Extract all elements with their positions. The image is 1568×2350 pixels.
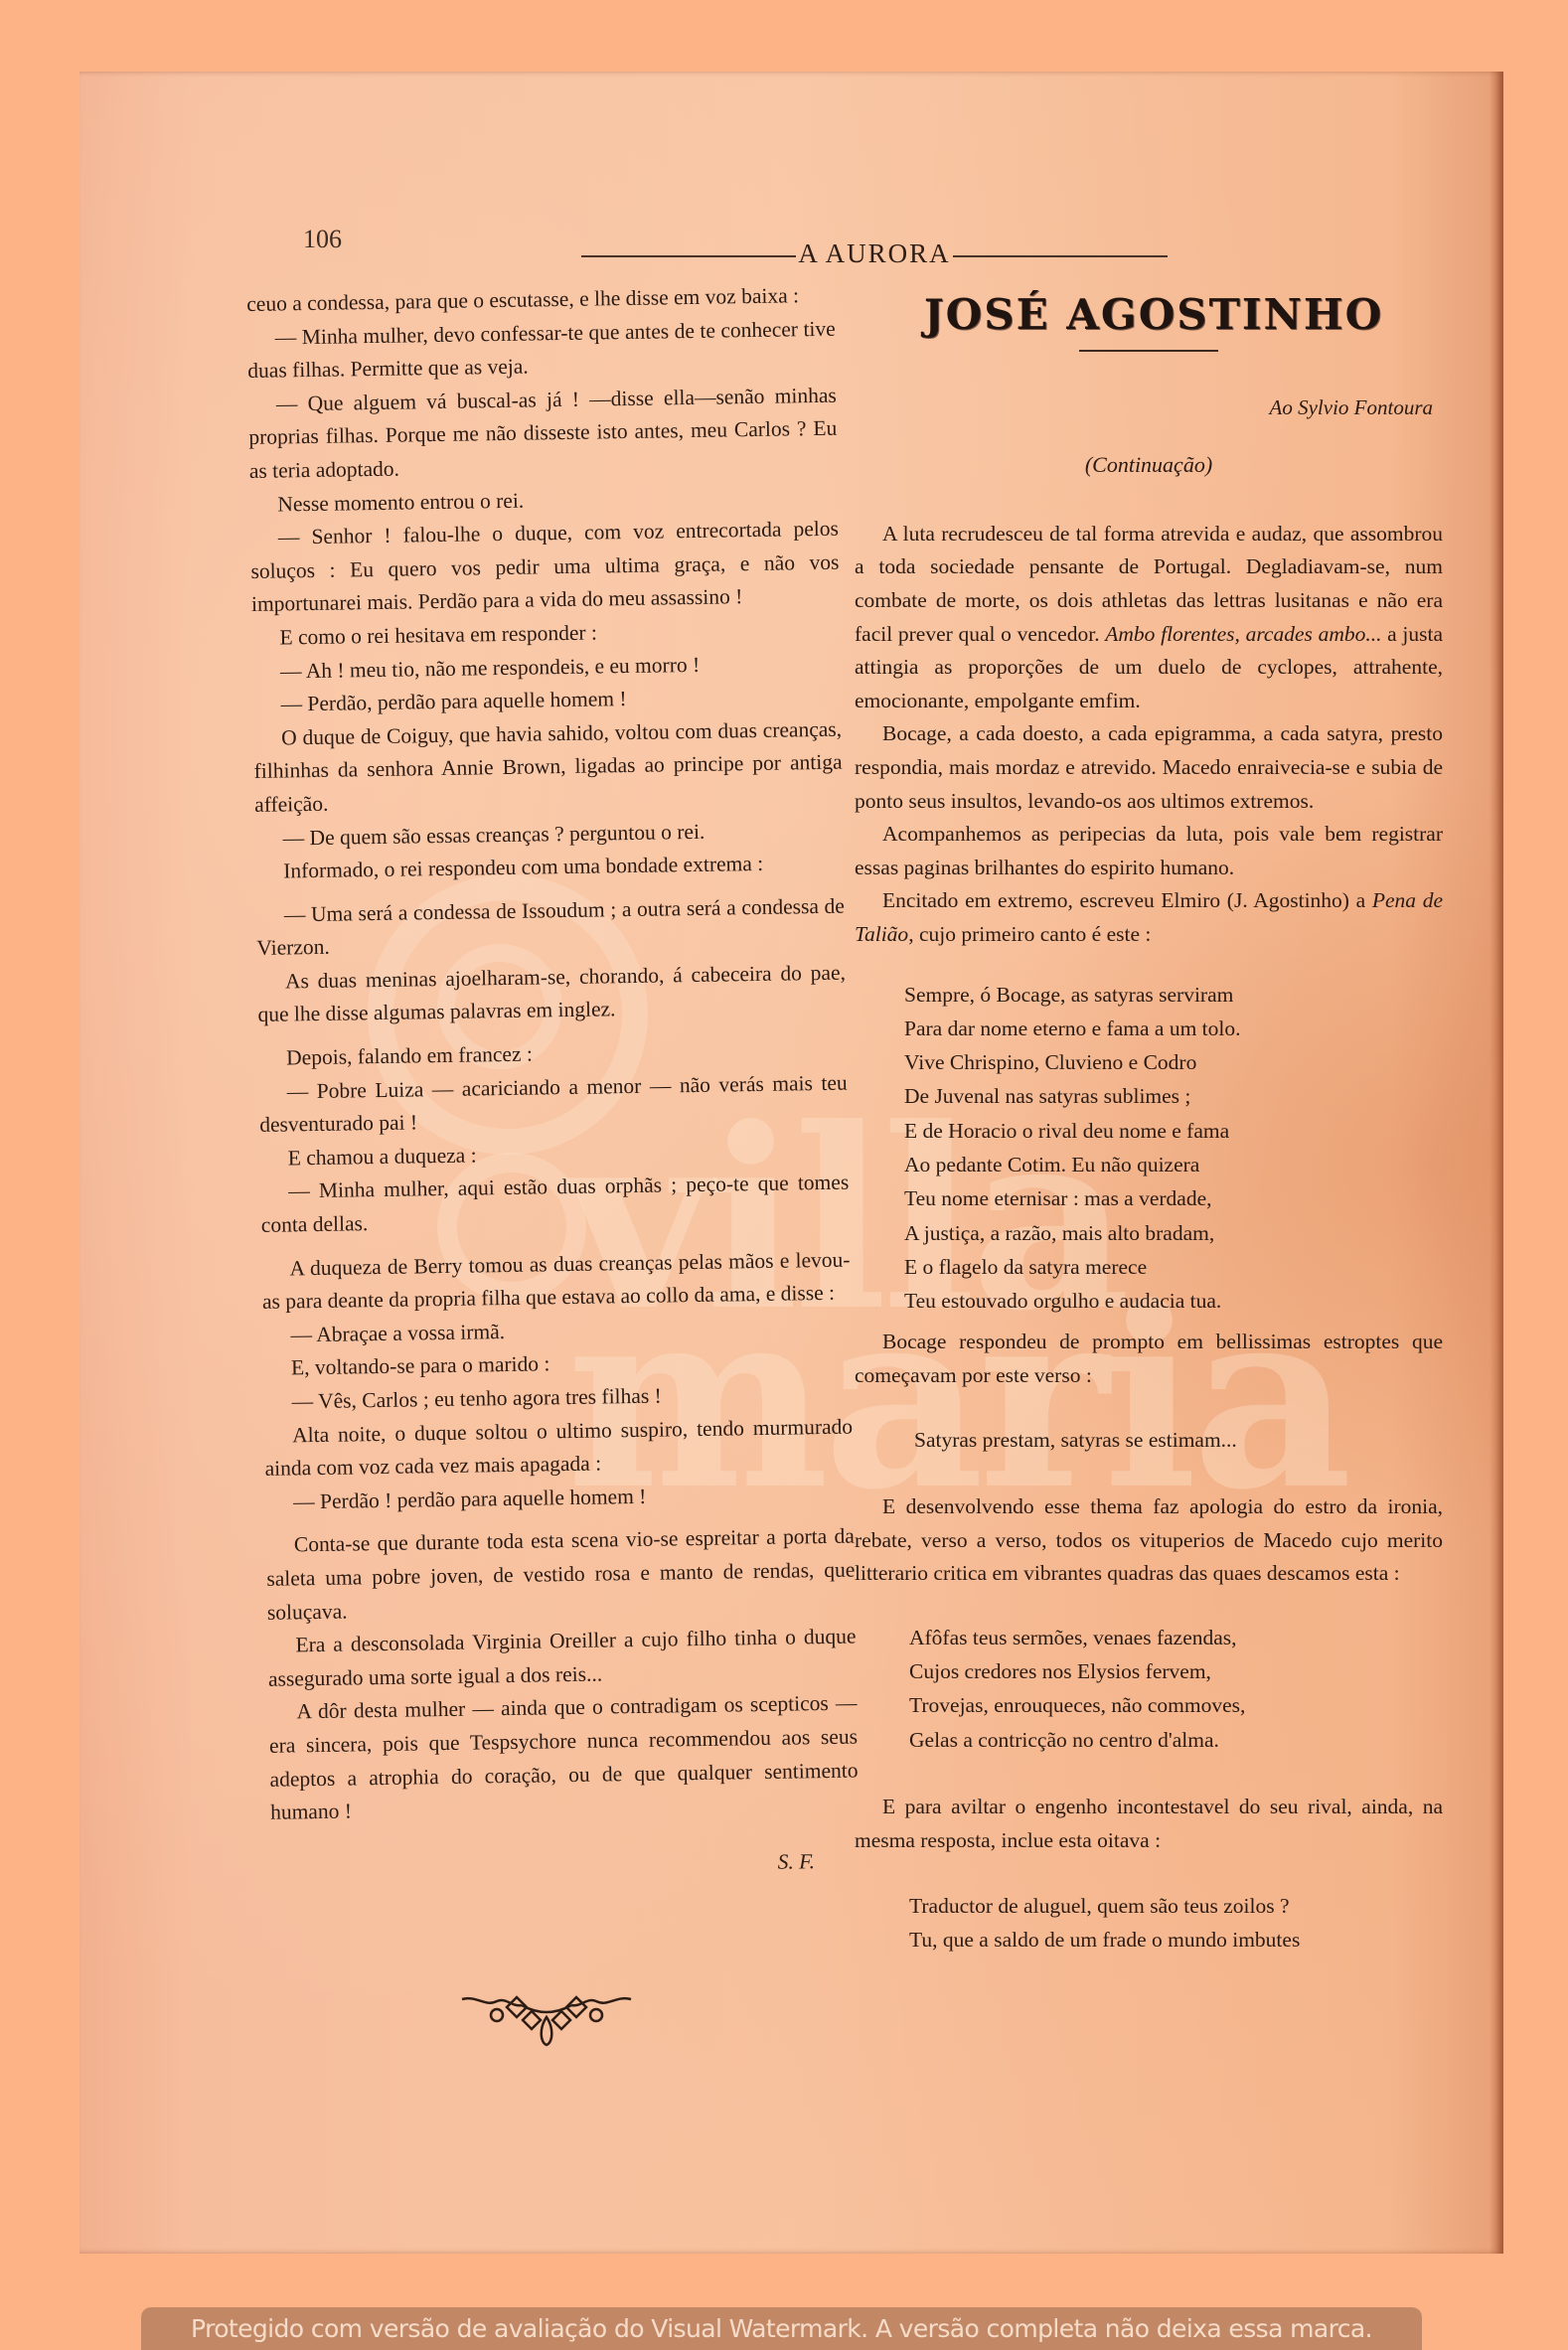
- dedication: Ao Sylvio Fontoura: [855, 392, 1443, 425]
- text-run: , cujo primeiro canto é este :: [908, 922, 1151, 946]
- paragraph: A duqueza de Berry tomou as duas creança…: [261, 1243, 851, 1319]
- paragraph: Era a desconsolada Virginia Oreiller a c…: [267, 1621, 857, 1696]
- poem-line: De Juvenal nas satyras sublimes ;: [904, 1079, 1443, 1113]
- poem-line: Sempre, ó Bocage, as satyras serviram: [904, 978, 1443, 1012]
- poem-line: E o flagelo da satyra merece: [904, 1250, 1443, 1284]
- text-run: Acompanhemos as peripecias da luta, pois…: [855, 822, 1443, 879]
- paragraph: A dôr desta mulher — ainda que o contrad…: [268, 1687, 859, 1830]
- paragraph: Conta-se que durante toda esta scena vio…: [266, 1520, 857, 1630]
- poem-quadra: Afôfas teus sermões, venaes fazendas,Cuj…: [855, 1621, 1443, 1757]
- paragraph: — Pobre Luiza — acariciando a menor — nã…: [258, 1066, 848, 1142]
- watermark-banner: Protegido com versão de avaliação do Vis…: [141, 2307, 1422, 2350]
- paragraph: As duas meninas ajoelharam-se, chorando,…: [257, 956, 847, 1031]
- paragraph: Encitado em extremo, escreveu Elmiro (J.…: [855, 884, 1443, 951]
- poem-line: E de Horacio o rival deu nome e fama: [904, 1114, 1443, 1148]
- header-rule-left: [581, 255, 796, 257]
- poem-line: Trovejas, enrouqueces, não commoves,: [909, 1688, 1443, 1722]
- italic-text: Ambo florentes, arcades ambo...: [1105, 622, 1381, 646]
- running-head: A AURORA: [581, 236, 1168, 270]
- paragraph: Alta noite, o duque soltou o ultimo susp…: [264, 1410, 854, 1486]
- paragraph: Bocage, a cada doesto, a cada epigramma,…: [855, 717, 1443, 818]
- poem-line: Teu nome eternisar : mas a verdade,: [904, 1181, 1443, 1215]
- paragraph: O duque de Coiguy, que havia sahido, vol…: [253, 712, 844, 822]
- poem-line: A justiça, a razão, mais alto bradam,: [904, 1216, 1443, 1250]
- text-run: Encitado em extremo, escreveu Elmiro (J.…: [882, 888, 1372, 912]
- poem-pena-de-taliao: Sempre, ó Bocage, as satyras serviramPar…: [855, 978, 1443, 1319]
- paragraph: E desenvolvendo esse thema faz apologia …: [855, 1490, 1443, 1591]
- ornament-tailpiece-icon: [457, 1977, 636, 2047]
- publication-title: A AURORA: [796, 238, 952, 269]
- continuation-label: (Continuação): [855, 448, 1443, 482]
- title-rule: [1079, 350, 1218, 352]
- header-rule-right: [953, 255, 1168, 257]
- poem-line: Ao pedante Cotim. Eu não quizera: [904, 1148, 1443, 1181]
- paragraph: — Minha mulher, devo confessar-te que an…: [247, 312, 837, 388]
- poem-line: Teu estouvado orgulho e audacia tua.: [904, 1284, 1443, 1318]
- paragraph: — Uma será a condessa de Issoudum ; a ou…: [256, 889, 846, 965]
- paragraph: — Minha mulher, aqui estão duas orphãs ;…: [260, 1167, 850, 1242]
- text-run: Bocage, a cada doesto, a cada epigramma,…: [855, 721, 1443, 812]
- poem-verse-quote: Satyras prestam, satyras se estimam...: [855, 1423, 1443, 1457]
- poem-line: Gelas a contricção no centro d'alma.: [909, 1723, 1443, 1757]
- poem-line: Vive Chrispino, Cluvieno e Codro: [904, 1045, 1443, 1079]
- poem-line: Para dar nome eterno e fama a um tolo.: [904, 1012, 1443, 1045]
- paragraph: A luta recrudesceu de tal forma atrevida…: [855, 518, 1443, 718]
- paragraph: E para aviltar o engenho incontestavel d…: [855, 1791, 1443, 1857]
- poem-oitava: Traductor de aluguel, quem são teus zoil…: [855, 1889, 1443, 1958]
- poem-line: Satyras prestam, satyras se estimam...: [914, 1423, 1443, 1457]
- poem-line: Cujos credores nos Elysios fervem,: [909, 1654, 1443, 1688]
- article-title: JOSÉ AGOSTINHO: [855, 298, 1443, 332]
- paragraph: Acompanhemos as peripecias da luta, pois…: [855, 818, 1443, 884]
- poem-line: Afôfas teus sermões, venaes fazendas,: [909, 1621, 1443, 1654]
- article-intro: A luta recrudesceu de tal forma atrevida…: [855, 518, 1443, 952]
- right-column: JOSÉ AGOSTINHO Ao Sylvio Fontoura (Conti…: [855, 298, 1443, 1958]
- poem-line: Tu, que a saldo de um frade o mundo imbu…: [909, 1923, 1443, 1957]
- page-number: 106: [303, 225, 342, 254]
- paragraph: — Que alguem vá buscal-as já ! —disse el…: [248, 379, 839, 488]
- poem-line: Traductor de aluguel, quem são teus zoil…: [909, 1889, 1443, 1923]
- left-column: ceuo a condessa, para que o escutasse, e…: [246, 279, 860, 1887]
- paragraph: Bocage respondeu de prompto em bellissim…: [855, 1326, 1443, 1392]
- paragraph: — Senhor ! falou-lhe o duque, com voz en…: [250, 513, 841, 622]
